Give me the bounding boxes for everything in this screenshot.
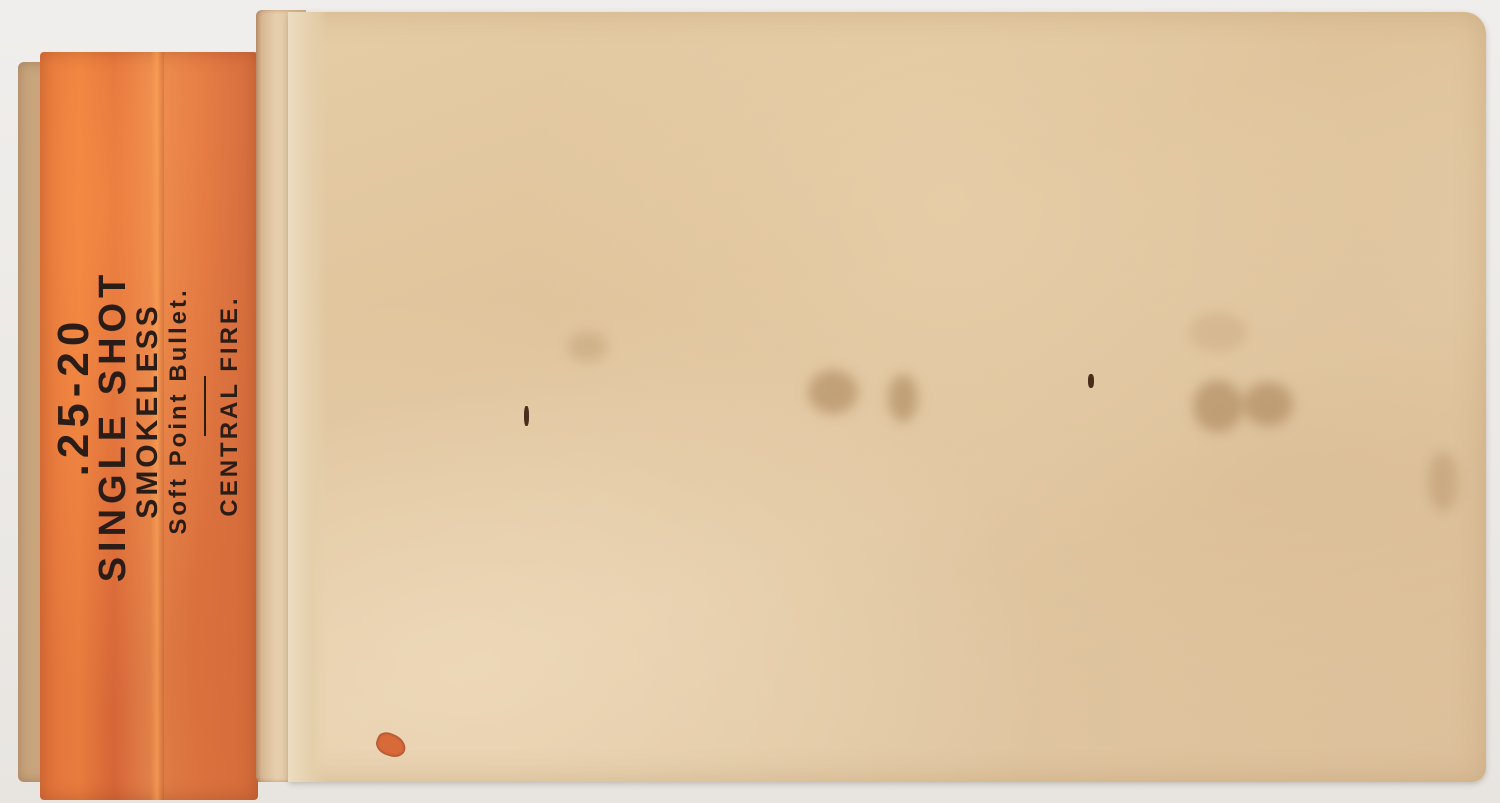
orange-label: .25-20 SINGLE SHOT SMOKELESS Soft Point … bbox=[40, 52, 258, 800]
stain-mark bbox=[888, 374, 918, 422]
stain-mark bbox=[1243, 382, 1293, 426]
stain-mark bbox=[1193, 380, 1243, 432]
label-caliber: .25-20 bbox=[54, 316, 94, 477]
photo-scene: .25-20 SINGLE SHOT SMOKELESS Soft Point … bbox=[0, 0, 1500, 803]
dark-speck bbox=[1088, 374, 1094, 388]
label-central-fire: CENTRAL FIRE. bbox=[216, 295, 244, 516]
cartridge-box: .25-20 SINGLE SHOT SMOKELESS Soft Point … bbox=[18, 10, 1486, 790]
label-divider-rule bbox=[204, 376, 206, 436]
stain-mark bbox=[808, 370, 858, 414]
dark-speck bbox=[524, 406, 529, 426]
box-face-lip bbox=[288, 12, 328, 782]
label-tear-fragment bbox=[373, 730, 409, 761]
stain-mark bbox=[1188, 312, 1248, 352]
box-top-face bbox=[288, 12, 1486, 782]
label-single-shot: SINGLE SHOT bbox=[94, 270, 132, 583]
stain-mark bbox=[568, 332, 608, 362]
label-soft-point-bullet: Soft Point Bullet. bbox=[164, 287, 194, 534]
stain-mark bbox=[1428, 452, 1458, 512]
label-text-block: .25-20 SINGLE SHOT SMOKELESS Soft Point … bbox=[49, 76, 249, 776]
label-smokeless: SMOKELESS bbox=[132, 303, 164, 518]
box-end-panel: .25-20 SINGLE SHOT SMOKELESS Soft Point … bbox=[18, 62, 280, 782]
